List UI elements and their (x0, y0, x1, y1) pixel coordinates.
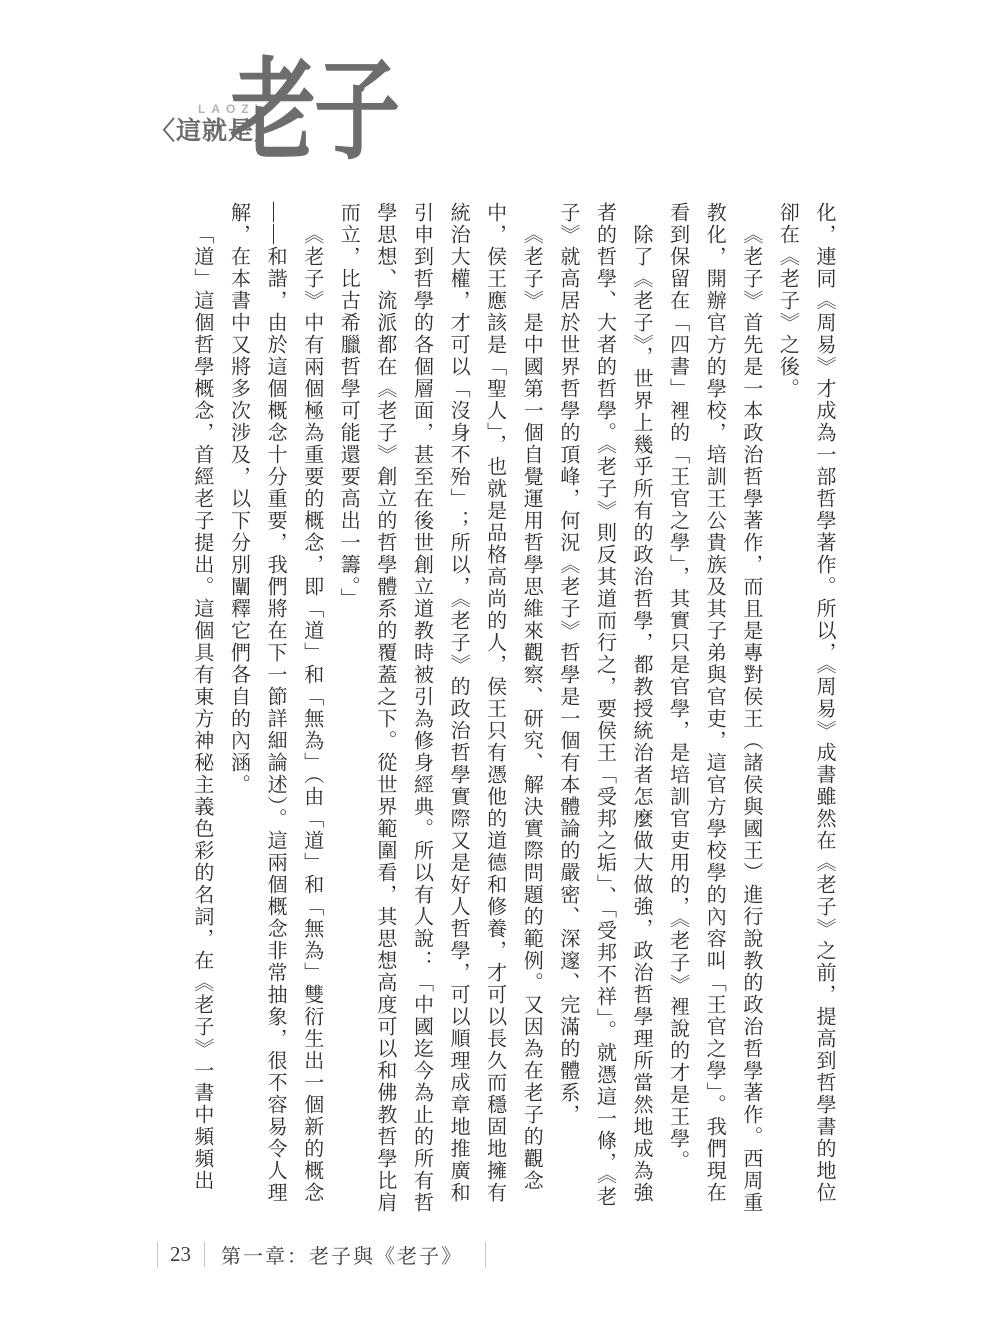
logo-calligraphy-title: 老子 (230, 57, 398, 167)
paragraph: 《老子》中有兩個極為重要的概念，即「道」和「無為」（由「道」和「無為」雙衍生出一… (220, 202, 330, 1216)
page-number: 23 (170, 1242, 191, 1267)
paragraph: 《老子》是中國第一個自覺運用哲學思維來觀察、研究、解決實際問題的範例。又因為在老… (330, 202, 550, 1216)
footer-divider (485, 1242, 486, 1267)
paragraph: 「道」這個哲學概念，首經老子提出。這個具有東方神秘主義色彩的名詞，在《老子》一書… (183, 202, 220, 1216)
book-logo: LAOZI 〈這就是〉 老子 (150, 52, 430, 192)
footer-divider (204, 1242, 205, 1267)
paragraph: 除了《老子》，世界上幾乎所有的政治哲學，都教授統治者怎麼做大做強，政治哲學理所當… (549, 202, 659, 1216)
page-footer: 23 第一章：老子與《老子》 (157, 1240, 486, 1269)
paragraph: 化，連同《周易》才成為一部哲學著作。所以，《周易》成書雖然在《老子》之前，提高到… (769, 202, 842, 1216)
chapter-title: 第一章：老子與《老子》 (221, 1240, 463, 1269)
footer-divider (157, 1242, 158, 1267)
body-text: 化，連同《周易》才成為一部哲學著作。所以，《周易》成書雖然在《老子》之前，提高到… (183, 202, 842, 1216)
paragraph: 《老子》首先是一本政治哲學著作，而且是專對侯王（諸侯與國王）進行說教的政治哲學著… (659, 202, 769, 1216)
